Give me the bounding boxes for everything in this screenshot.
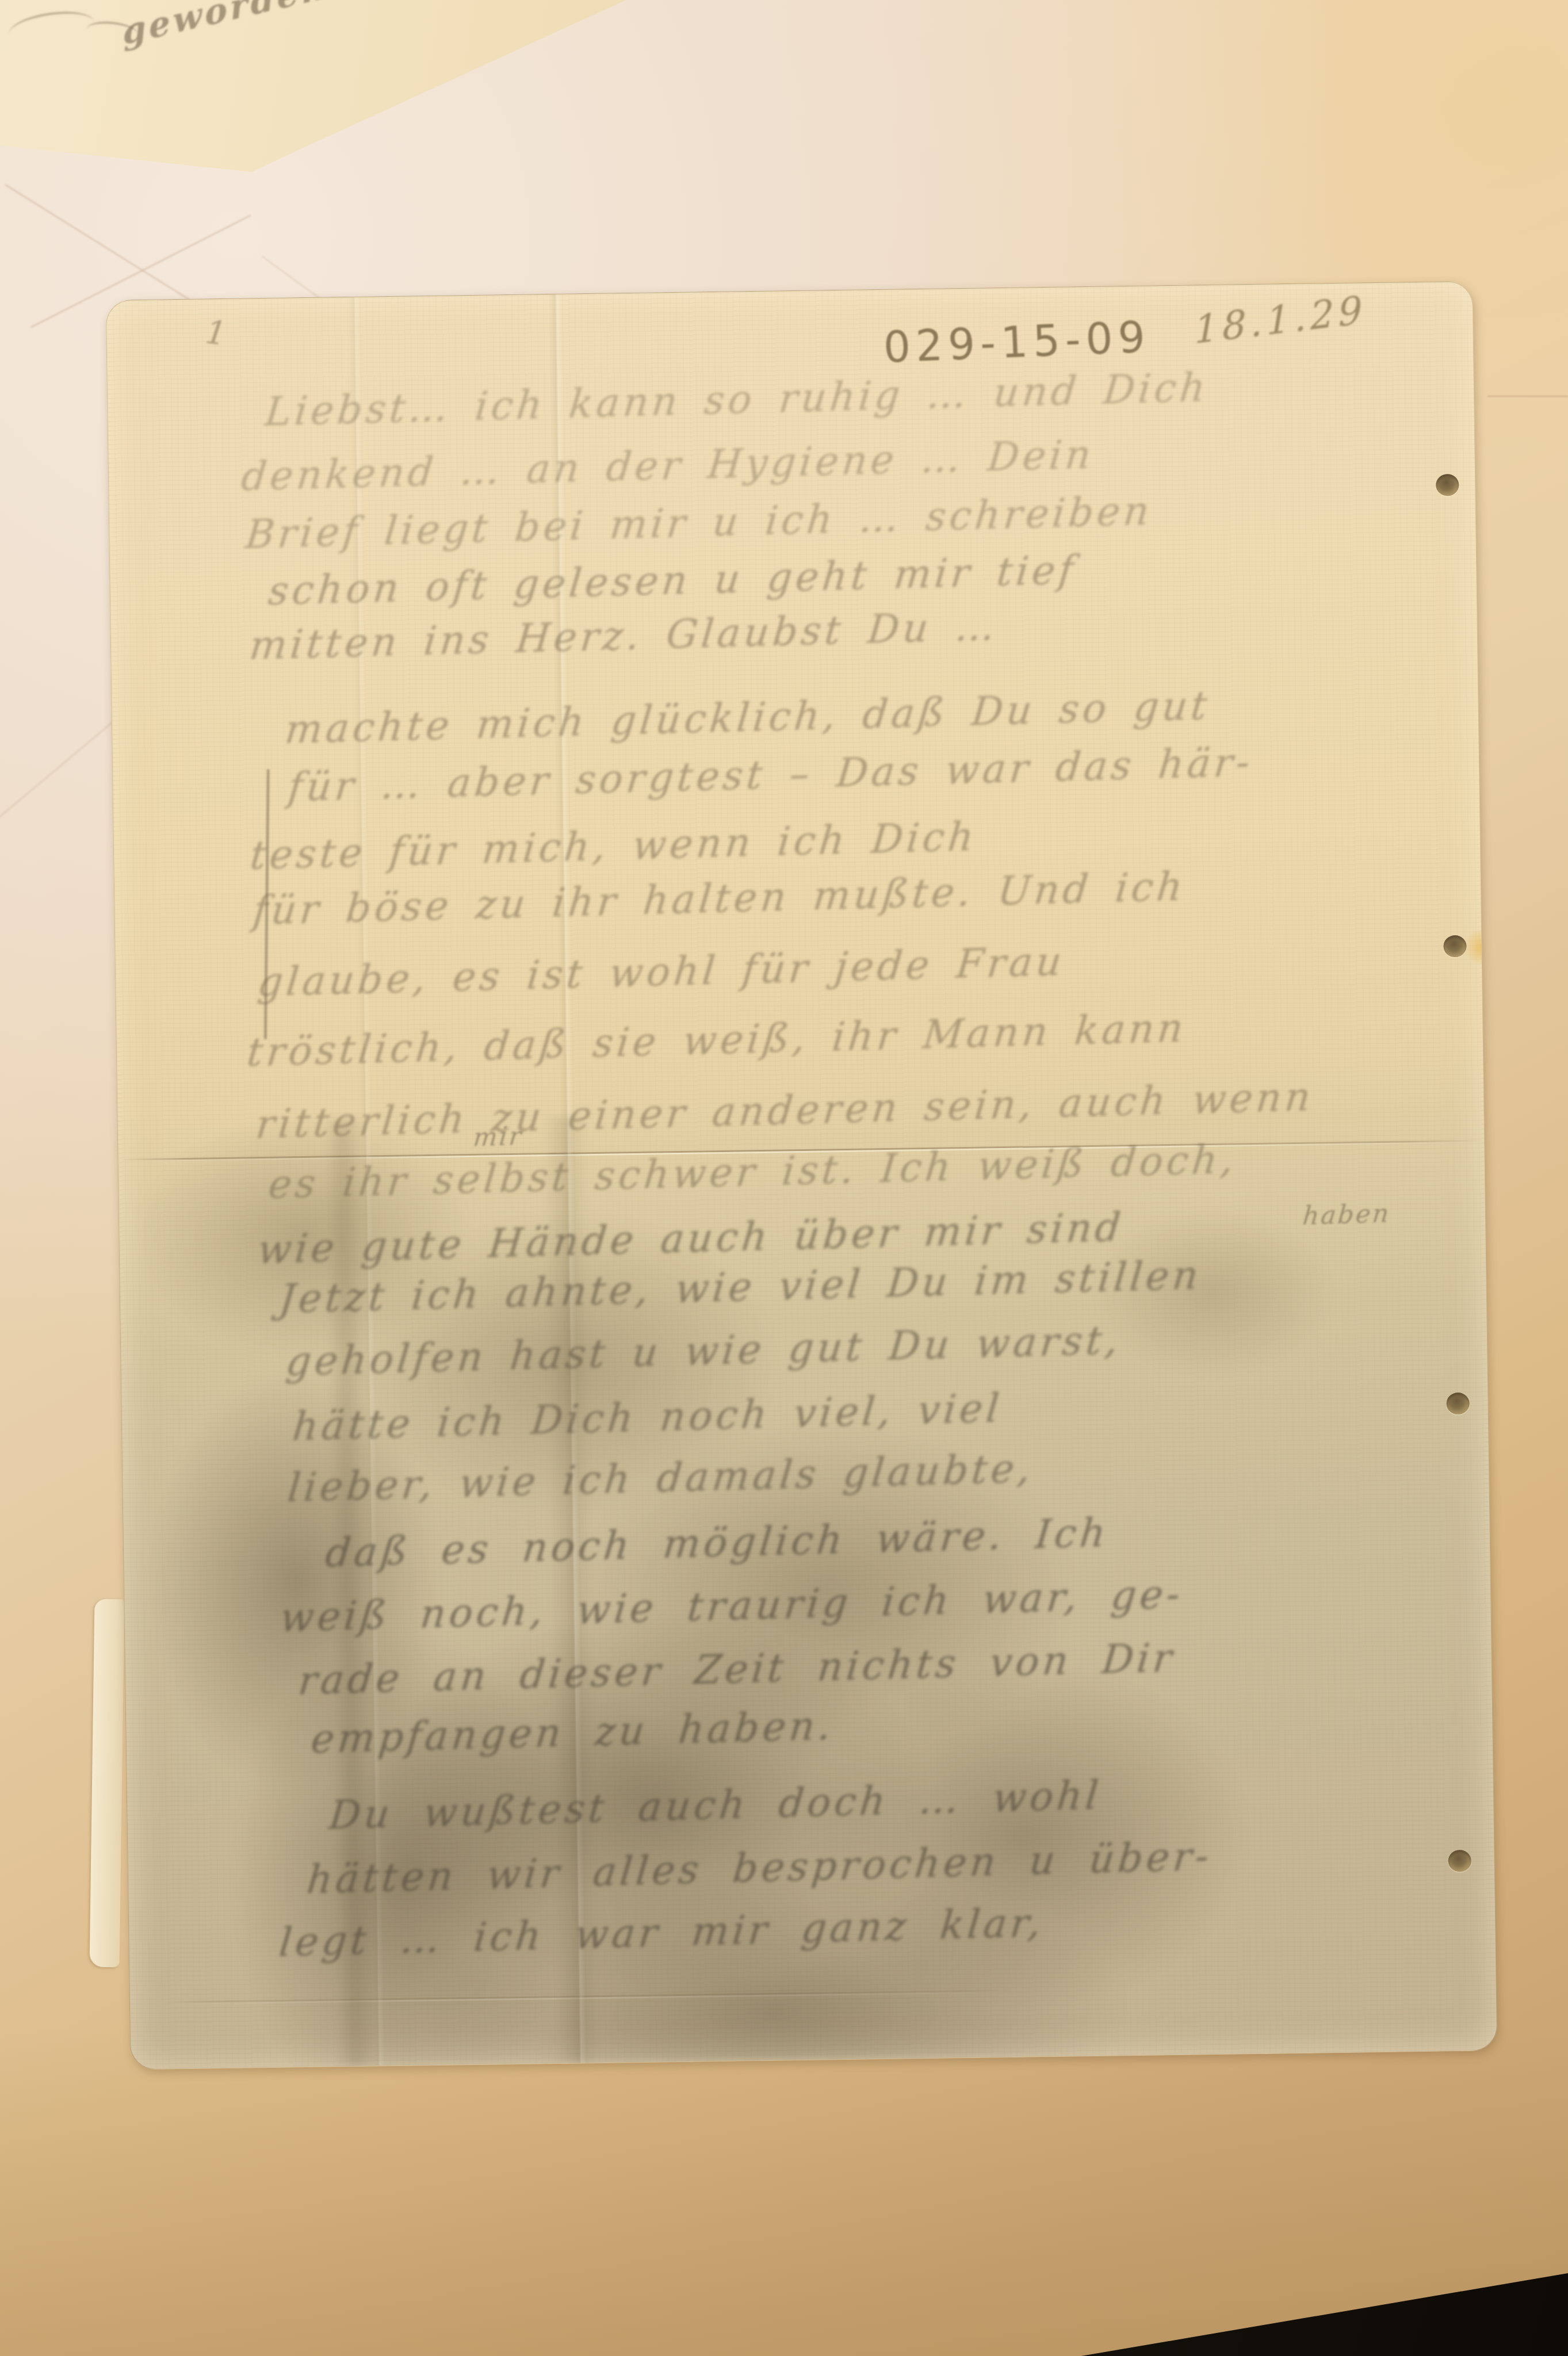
envelope-handwriting: geworden [121,0,330,50]
envelope-scribble [7,7,97,49]
handwriting-insert: haben [1302,1201,1391,1229]
handwriting-insert: mir [472,1124,524,1151]
envelope: geworden [0,0,644,196]
archival-letter-photo: 1 029-15-09 18.1.29 Liebst… ich kann so … [0,0,1568,2356]
letter-sheet: 1 029-15-09 18.1.29 Liebst… ich kann so … [106,281,1498,2070]
table-seam-right [1487,396,1568,397]
page-number-mark: 1 [204,316,228,351]
archival-number: 029-15-09 [883,316,1152,369]
curled-paper-edge [90,1599,125,1968]
table-crease [5,184,191,301]
table-seam-left [0,712,125,820]
